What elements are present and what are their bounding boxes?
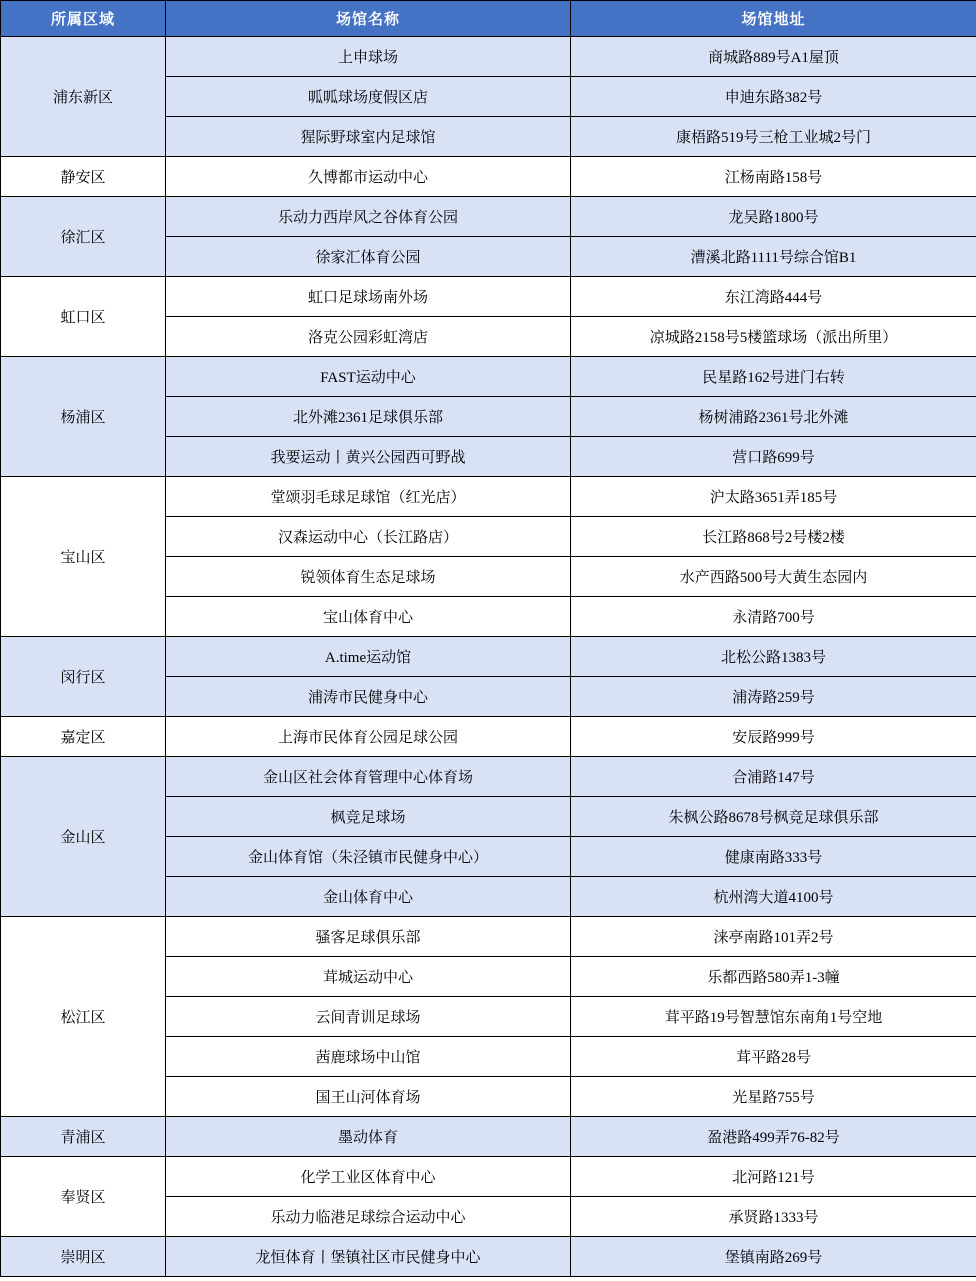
district-cell: 闵行区 [1, 637, 166, 717]
venue-name-cell: 乐动力西岸风之谷体育公园 [166, 197, 571, 237]
venue-address-cell: 浦涛路259号 [571, 677, 976, 717]
header-venue-name: 场馆名称 [166, 1, 571, 37]
header-district: 所属区域 [1, 1, 166, 37]
venue-address-cell: 营口路699号 [571, 437, 976, 477]
table-row: 闵行区A.time运动馆北松公路1383号 [1, 637, 976, 677]
venue-address-cell: 茸平路19号智慧馆东南角1号空地 [571, 997, 976, 1037]
district-cell: 崇明区 [1, 1237, 166, 1277]
venue-name-cell: 枫竞足球场 [166, 797, 571, 837]
district-cell: 徐汇区 [1, 197, 166, 277]
table-row: 嘉定区上海市民体育公园足球公园安辰路999号 [1, 717, 976, 757]
venue-name-cell: 茜鹿球场中山馆 [166, 1037, 571, 1077]
venue-address-cell: 民星路162号进门右转 [571, 357, 976, 397]
venue-address-cell: 安辰路999号 [571, 717, 976, 757]
table-row: 松江区骚客足球俱乐部涞亭南路101弄2号 [1, 917, 976, 957]
venue-address-cell: 东江湾路444号 [571, 277, 976, 317]
venue-address-cell: 康梧路519号三枪工业城2号门 [571, 117, 976, 157]
table-row: 青浦区墨动体育盈港路499弄76-82号 [1, 1117, 976, 1157]
district-cell: 松江区 [1, 917, 166, 1117]
district-cell: 奉贤区 [1, 1157, 166, 1237]
venue-address-cell: 江杨南路158号 [571, 157, 976, 197]
district-cell: 嘉定区 [1, 717, 166, 757]
venue-name-cell: 宝山体育中心 [166, 597, 571, 637]
venue-address-cell: 朱枫公路8678号枫竞足球俱乐部 [571, 797, 976, 837]
venue-name-cell: 金山体育馆（朱泾镇市民健身中心） [166, 837, 571, 877]
venue-name-cell: 虹口足球场南外场 [166, 277, 571, 317]
venue-address-cell: 盈港路499弄76-82号 [571, 1117, 976, 1157]
venue-address-cell: 凉城路2158号5楼篮球场（派出所里） [571, 317, 976, 357]
venue-address-cell: 光星路755号 [571, 1077, 976, 1117]
district-cell: 金山区 [1, 757, 166, 917]
venue-address-cell: 北松公路1383号 [571, 637, 976, 677]
venue-name-cell: A.time运动馆 [166, 637, 571, 677]
venue-address-cell: 茸平路28号 [571, 1037, 976, 1077]
venue-name-cell: 金山体育中心 [166, 877, 571, 917]
venue-address-cell: 龙吴路1800号 [571, 197, 976, 237]
venue-name-cell: 猩际野球室内足球馆 [166, 117, 571, 157]
venue-address-cell: 沪太路3651弄185号 [571, 477, 976, 517]
venue-name-cell: 墨动体育 [166, 1117, 571, 1157]
venue-name-cell: 堂颂羽毛球足球馆（红光店） [166, 477, 571, 517]
table-row: 浦东新区上申球场商城路889号A1屋顶 [1, 37, 976, 77]
venue-table-header: 所属区域 场馆名称 场馆地址 [1, 1, 976, 37]
venue-name-cell: 我要运动丨黄兴公园西可野战 [166, 437, 571, 477]
header-row: 所属区域 场馆名称 场馆地址 [1, 1, 976, 37]
table-row: 静安区久博都市运动中心江杨南路158号 [1, 157, 976, 197]
table-row: 奉贤区化学工业区体育中心北河路121号 [1, 1157, 976, 1197]
venue-name-cell: 浦涛市民健身中心 [166, 677, 571, 717]
venue-address-cell: 杭州湾大道4100号 [571, 877, 976, 917]
table-row: 杨浦区FAST运动中心民星路162号进门右转 [1, 357, 976, 397]
venue-name-cell: 上海市民体育公园足球公园 [166, 717, 571, 757]
venue-address-cell: 漕溪北路1111号综合馆B1 [571, 237, 976, 277]
venue-name-cell: 化学工业区体育中心 [166, 1157, 571, 1197]
venue-name-cell: 国王山河体育场 [166, 1077, 571, 1117]
district-cell: 杨浦区 [1, 357, 166, 477]
venue-table: 所属区域 场馆名称 场馆地址 浦东新区上申球场商城路889号A1屋顶呱呱球场度假… [0, 0, 976, 1277]
venue-name-cell: 北外滩2361足球俱乐部 [166, 397, 571, 437]
table-row: 徐汇区乐动力西岸风之谷体育公园龙吴路1800号 [1, 197, 976, 237]
venue-name-cell: 呱呱球场度假区店 [166, 77, 571, 117]
venue-address-cell: 申迪东路382号 [571, 77, 976, 117]
venue-name-cell: 龙恒体育丨堡镇社区市民健身中心 [166, 1237, 571, 1277]
venue-name-cell: 徐家汇体育公园 [166, 237, 571, 277]
venue-address-cell: 堡镇南路269号 [571, 1237, 976, 1277]
table-row: 崇明区龙恒体育丨堡镇社区市民健身中心堡镇南路269号 [1, 1237, 976, 1277]
district-cell: 青浦区 [1, 1117, 166, 1157]
venue-name-cell: 茸城运动中心 [166, 957, 571, 997]
venue-address-cell: 杨树浦路2361号北外滩 [571, 397, 976, 437]
district-cell: 虹口区 [1, 277, 166, 357]
venue-table-body: 浦东新区上申球场商城路889号A1屋顶呱呱球场度假区店申迪东路382号猩际野球室… [1, 37, 976, 1277]
venue-address-cell: 永清路700号 [571, 597, 976, 637]
venue-address-cell: 涞亭南路101弄2号 [571, 917, 976, 957]
venue-name-cell: 久博都市运动中心 [166, 157, 571, 197]
header-venue-address: 场馆地址 [571, 1, 976, 37]
venue-name-cell: 锐领体育生态足球场 [166, 557, 571, 597]
table-row: 虹口区虹口足球场南外场东江湾路444号 [1, 277, 976, 317]
venue-name-cell: FAST运动中心 [166, 357, 571, 397]
venue-address-cell: 商城路889号A1屋顶 [571, 37, 976, 77]
venue-address-cell: 合浦路147号 [571, 757, 976, 797]
venue-address-cell: 健康南路333号 [571, 837, 976, 877]
venue-address-cell: 长江路868号2号楼2楼 [571, 517, 976, 557]
venue-name-cell: 上申球场 [166, 37, 571, 77]
table-row: 金山区金山区社会体育管理中心体育场合浦路147号 [1, 757, 976, 797]
venue-name-cell: 金山区社会体育管理中心体育场 [166, 757, 571, 797]
venue-address-cell: 北河路121号 [571, 1157, 976, 1197]
venue-address-cell: 承贤路1333号 [571, 1197, 976, 1237]
venue-name-cell: 乐动力临港足球综合运动中心 [166, 1197, 571, 1237]
district-cell: 宝山区 [1, 477, 166, 637]
table-row: 宝山区堂颂羽毛球足球馆（红光店）沪太路3651弄185号 [1, 477, 976, 517]
venue-name-cell: 汉森运动中心（长江路店） [166, 517, 571, 557]
venue-table-container: 所属区域 场馆名称 场馆地址 浦东新区上申球场商城路889号A1屋顶呱呱球场度假… [0, 0, 976, 1277]
district-cell: 静安区 [1, 157, 166, 197]
venue-address-cell: 乐都西路580弄1-3幢 [571, 957, 976, 997]
venue-name-cell: 云间青训足球场 [166, 997, 571, 1037]
venue-address-cell: 水产西路500号大黄生态园内 [571, 557, 976, 597]
venue-name-cell: 洛克公园彩虹湾店 [166, 317, 571, 357]
venue-name-cell: 骚客足球俱乐部 [166, 917, 571, 957]
district-cell: 浦东新区 [1, 37, 166, 157]
